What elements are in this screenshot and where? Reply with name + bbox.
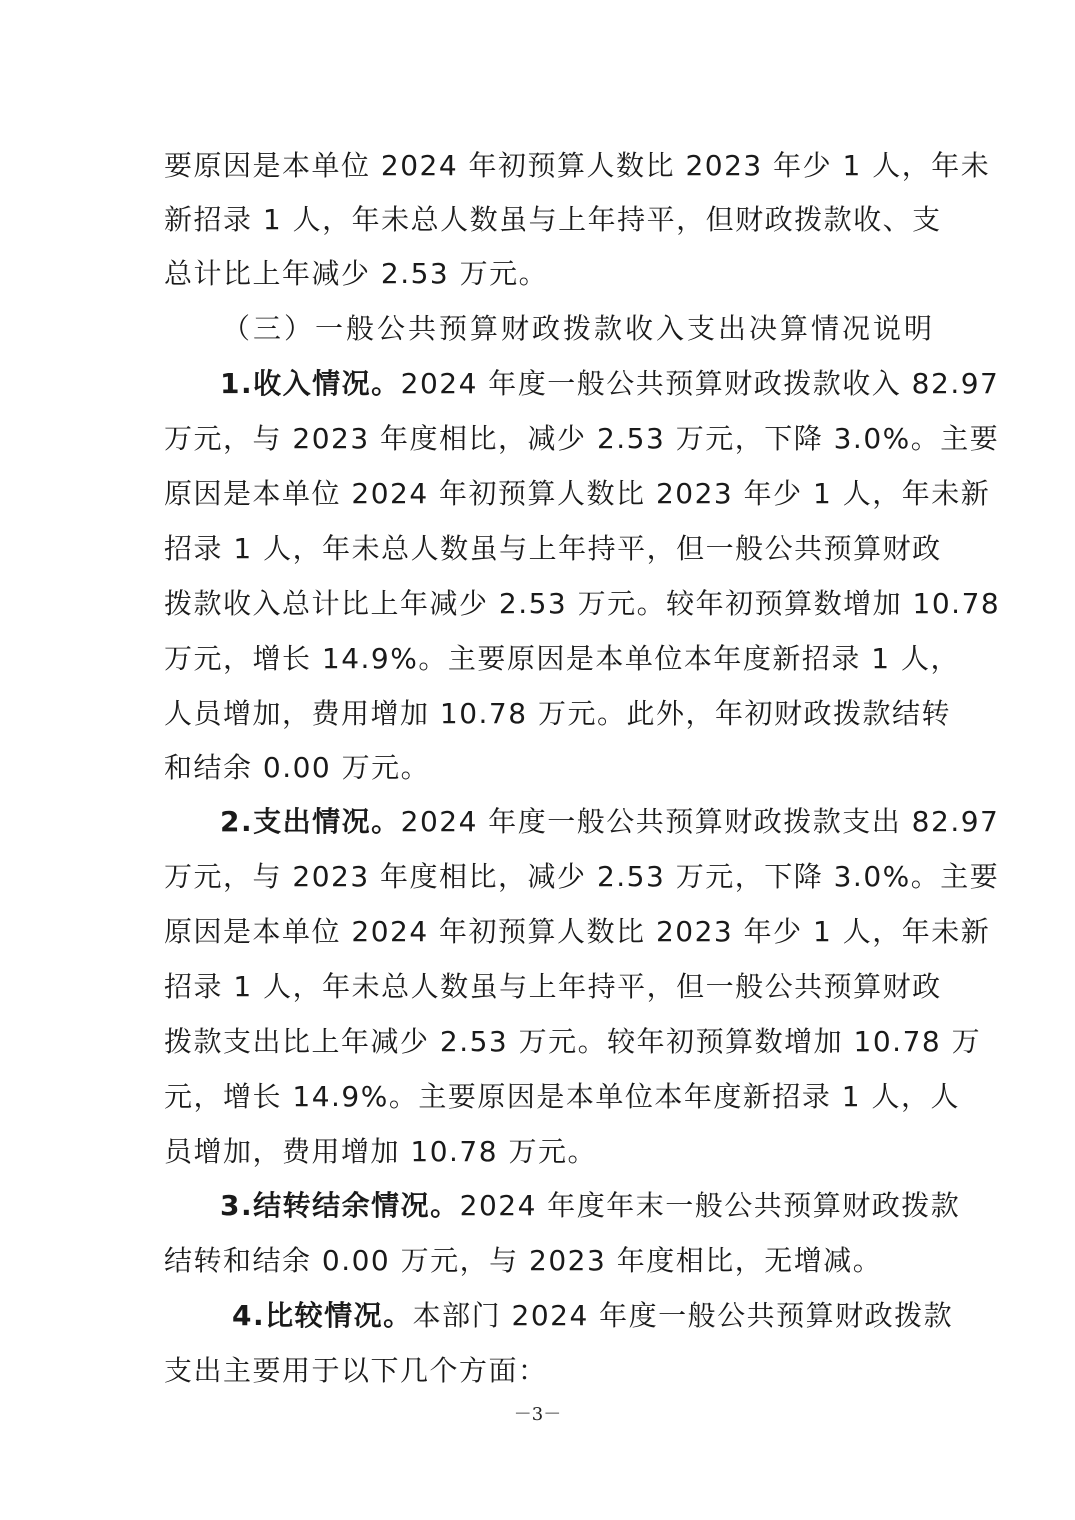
- item-1-line-7: 人员增加，费用增加 10.78 万元。此外，年初财政拨款结转: [164, 694, 914, 734]
- item-3-line-2: 结转和结余 0.00 万元，与 2023 年度相比，无增减。: [164, 1241, 914, 1281]
- item-4-first-line: 4.比较情况。本部门 2024 年度一般公共预算财政拨款: [232, 1296, 914, 1336]
- intro-line-1: 要原因是本单位 2024 年初预算人数比 2023 年少 1 人，年未: [164, 146, 914, 186]
- document-page: 要原因是本单位 2024 年初预算人数比 2023 年少 1 人，年未 新招录 …: [0, 0, 1075, 1520]
- item-2-line-2: 万元，与 2023 年度相比，减少 2.53 万元，下降 3.0%。主要: [164, 857, 914, 897]
- item-2-line-7: 员增加，费用增加 10.78 万元。: [164, 1132, 914, 1172]
- item-4-label: 4.比较情况。: [232, 1299, 413, 1332]
- item-1-text: 2024 年度一般公共预算财政拨款收入 82.97: [401, 367, 1000, 400]
- item-2-text: 2024 年度一般公共预算财政拨款支出 82.97: [401, 805, 1000, 838]
- intro-line-3: 总计比上年减少 2.53 万元。: [164, 254, 914, 294]
- item-4-line-2: 支出主要用于以下几个方面：: [164, 1351, 914, 1391]
- item-1-line-2: 万元，与 2023 年度相比，减少 2.53 万元，下降 3.0%。主要: [164, 419, 914, 459]
- page-number: －3－: [0, 1400, 1075, 1426]
- section-heading: （三）一般公共预算财政拨款收入支出决算情况说明: [222, 309, 914, 349]
- item-1-line-5: 拨款收入总计比上年减少 2.53 万元。较年初预算数增加 10.78: [164, 584, 914, 624]
- intro-line-2: 新招录 1 人，年未总人数虽与上年持平，但财政拨款收、支: [164, 200, 914, 240]
- item-3-label: 3.结转结余情况。: [220, 1189, 460, 1222]
- item-2-line-6: 元，增长 14.9%。主要原因是本单位本年度新招录 1 人，人: [164, 1077, 899, 1117]
- item-1-line-4: 招录 1 人，年未总人数虽与上年持平，但一般公共预算财政: [164, 529, 914, 569]
- item-4-text: 本部门 2024 年度一般公共预算财政拨款: [413, 1299, 954, 1332]
- item-2-first-line: 2.支出情况。2024 年度一般公共预算财政拨款支出 82.97: [220, 802, 914, 842]
- item-1-label: 1.收入情况。: [220, 367, 401, 400]
- item-2-line-4: 招录 1 人，年未总人数虽与上年持平，但一般公共预算财政: [164, 967, 914, 1007]
- item-3-text: 2024 年度年末一般公共预算财政拨款: [460, 1189, 961, 1222]
- item-2-line-5: 拨款支出比上年减少 2.53 万元。较年初预算数增加 10.78 万: [164, 1022, 914, 1062]
- item-2-line-3: 原因是本单位 2024 年初预算人数比 2023 年少 1 人，年未新: [164, 912, 914, 952]
- item-2-label: 2.支出情况。: [220, 805, 401, 838]
- item-1-line-8: 和结余 0.00 万元。: [164, 748, 914, 788]
- item-3-first-line: 3.结转结余情况。2024 年度年末一般公共预算财政拨款: [220, 1186, 914, 1226]
- item-1-line-6: 万元，增长 14.9%。主要原因是本单位本年度新招录 1 人，: [164, 639, 914, 679]
- item-1-line-3: 原因是本单位 2024 年初预算人数比 2023 年少 1 人，年未新: [164, 474, 914, 514]
- item-1-first-line: 1.收入情况。2024 年度一般公共预算财政拨款收入 82.97: [220, 364, 914, 404]
